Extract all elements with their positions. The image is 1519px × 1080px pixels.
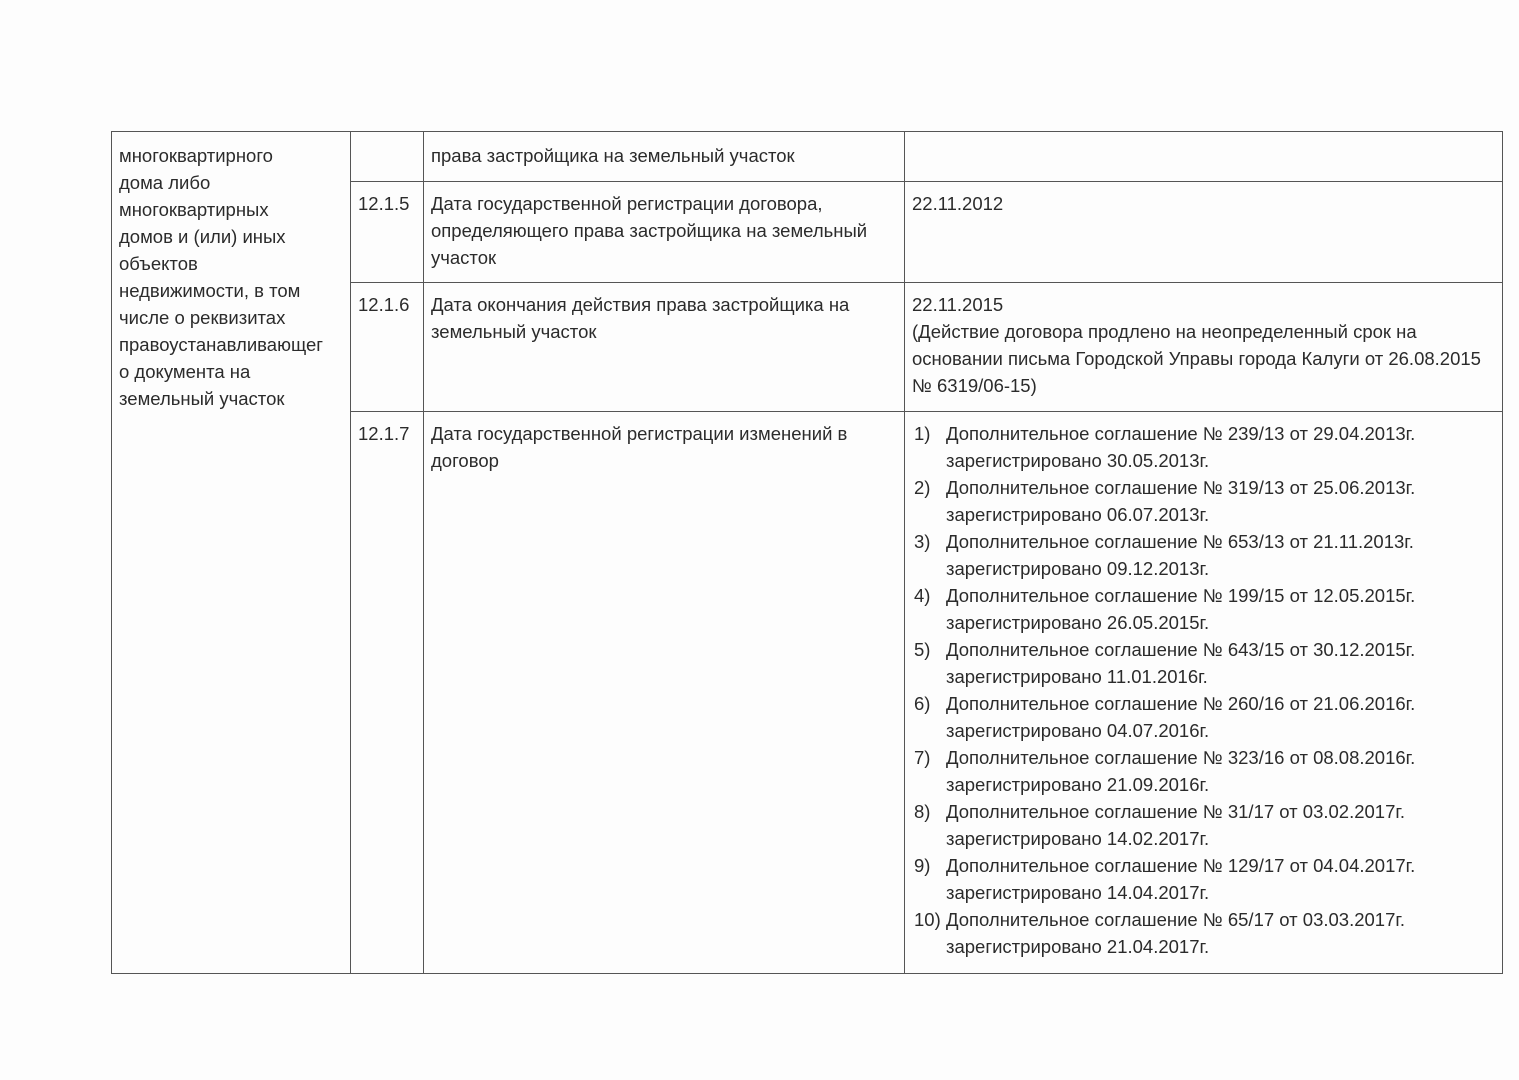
item-number: 12.1.7: [351, 412, 424, 974]
amendment-text: Дополнительное соглашение № 643/15 от 30…: [946, 636, 1496, 663]
list-index: 1): [914, 420, 930, 447]
item-number: 12.1.5: [351, 182, 424, 283]
amendment-text: Дополнительное соглашение № 653/13 от 21…: [946, 528, 1496, 555]
list-index: 2): [914, 474, 930, 501]
section-title-line: о документа на: [119, 358, 344, 385]
list-index: 10): [914, 906, 941, 933]
amendment-registered: зарегистрировано 30.05.2013г.: [946, 447, 1496, 474]
amendment-registered: зарегистрировано 14.04.2017г.: [946, 879, 1496, 906]
section-title-line: земельный участок: [119, 385, 344, 412]
list-item: 2)Дополнительное соглашение № 319/13 от …: [912, 474, 1496, 528]
item-description: права застройщика на земельный участок: [424, 132, 905, 182]
amendment-registered: зарегистрировано 11.01.2016г.: [946, 663, 1496, 690]
list-item: 1)Дополнительное соглашение № 239/13 от …: [912, 420, 1496, 474]
amendment-text: Дополнительное соглашение № 323/16 от 08…: [946, 744, 1496, 771]
amendment-registered: зарегистрировано 06.07.2013г.: [946, 501, 1496, 528]
section-title-line: правоустанавливающег: [119, 331, 344, 358]
amendment-registered: зарегистрировано 14.02.2017г.: [946, 825, 1496, 852]
amendment-text: Дополнительное соглашение № 129/17 от 04…: [946, 852, 1496, 879]
section-title-line: объектов: [119, 250, 344, 277]
amendment-registered: зарегистрировано 21.04.2017г.: [946, 933, 1496, 960]
item-value: [905, 132, 1503, 182]
amendment-text: Дополнительное соглашение № 319/13 от 25…: [946, 474, 1496, 501]
list-index: 8): [914, 798, 930, 825]
amendment-registered: зарегистрировано 04.07.2016г.: [946, 717, 1496, 744]
item-value: 22.11.2012: [905, 182, 1503, 283]
item-number: [351, 132, 424, 182]
scanned-page: многоквартирного дома либо многоквартирн…: [0, 0, 1519, 1080]
list-item: 3)Дополнительное соглашение № 653/13 от …: [912, 528, 1496, 582]
amendment-text: Дополнительное соглашение № 31/17 от 03.…: [946, 798, 1496, 825]
land-rights-table: многоквартирного дома либо многоквартирн…: [111, 131, 1503, 974]
amendment-text: Дополнительное соглашение № 199/15 от 12…: [946, 582, 1496, 609]
amendment-text: Дополнительное соглашение № 239/13 от 29…: [946, 420, 1496, 447]
section-title-cell: многоквартирного дома либо многоквартирн…: [112, 132, 351, 974]
amendment-text: Дополнительное соглашение № 260/16 от 21…: [946, 690, 1496, 717]
list-item: 6)Дополнительное соглашение № 260/16 от …: [912, 690, 1496, 744]
list-index: 4): [914, 582, 930, 609]
item-value-cell: 22.11.2015 (Действие договора продлено н…: [905, 283, 1503, 412]
list-item: 9)Дополнительное соглашение № 129/17 от …: [912, 852, 1496, 906]
amendments-list: 1)Дополнительное соглашение № 239/13 от …: [912, 420, 1496, 960]
amendment-registered: зарегистрировано 21.09.2016г.: [946, 771, 1496, 798]
list-index: 9): [914, 852, 930, 879]
section-title-line: многоквартирного: [119, 142, 344, 169]
amendment-registered: зарегистрировано 09.12.2013г.: [946, 555, 1496, 582]
item-description: Дата окончания действия права застройщик…: [424, 283, 905, 412]
amendment-registered: зарегистрировано 26.05.2015г.: [946, 609, 1496, 636]
section-title-line: домов и (или) иных: [119, 223, 344, 250]
item-value: 22.11.2015: [912, 291, 1496, 318]
table-row: многоквартирного дома либо многоквартирн…: [112, 132, 1503, 182]
list-index: 3): [914, 528, 930, 555]
list-index: 6): [914, 690, 930, 717]
amendments-cell: 1)Дополнительное соглашение № 239/13 от …: [905, 412, 1503, 974]
item-description: Дата государственной регистрации изменен…: [424, 412, 905, 974]
list-item: 10)Дополнительное соглашение № 65/17 от …: [912, 906, 1496, 960]
section-title-line: дома либо: [119, 169, 344, 196]
item-number: 12.1.6: [351, 283, 424, 412]
item-note: (Действие договора продлено на неопредел…: [912, 318, 1496, 399]
list-item: 7)Дополнительное соглашение № 323/16 от …: [912, 744, 1496, 798]
list-item: 5)Дополнительное соглашение № 643/15 от …: [912, 636, 1496, 690]
section-title-line: числе о реквизитах: [119, 304, 344, 331]
list-index: 7): [914, 744, 930, 771]
amendment-text: Дополнительное соглашение № 65/17 от 03.…: [946, 906, 1496, 933]
section-title-line: многоквартирных: [119, 196, 344, 223]
section-title-line: недвижимости, в том: [119, 277, 344, 304]
list-item: 8)Дополнительное соглашение № 31/17 от 0…: [912, 798, 1496, 852]
item-description: Дата государственной регистрации договор…: [424, 182, 905, 283]
list-item: 4)Дополнительное соглашение № 199/15 от …: [912, 582, 1496, 636]
list-index: 5): [914, 636, 930, 663]
